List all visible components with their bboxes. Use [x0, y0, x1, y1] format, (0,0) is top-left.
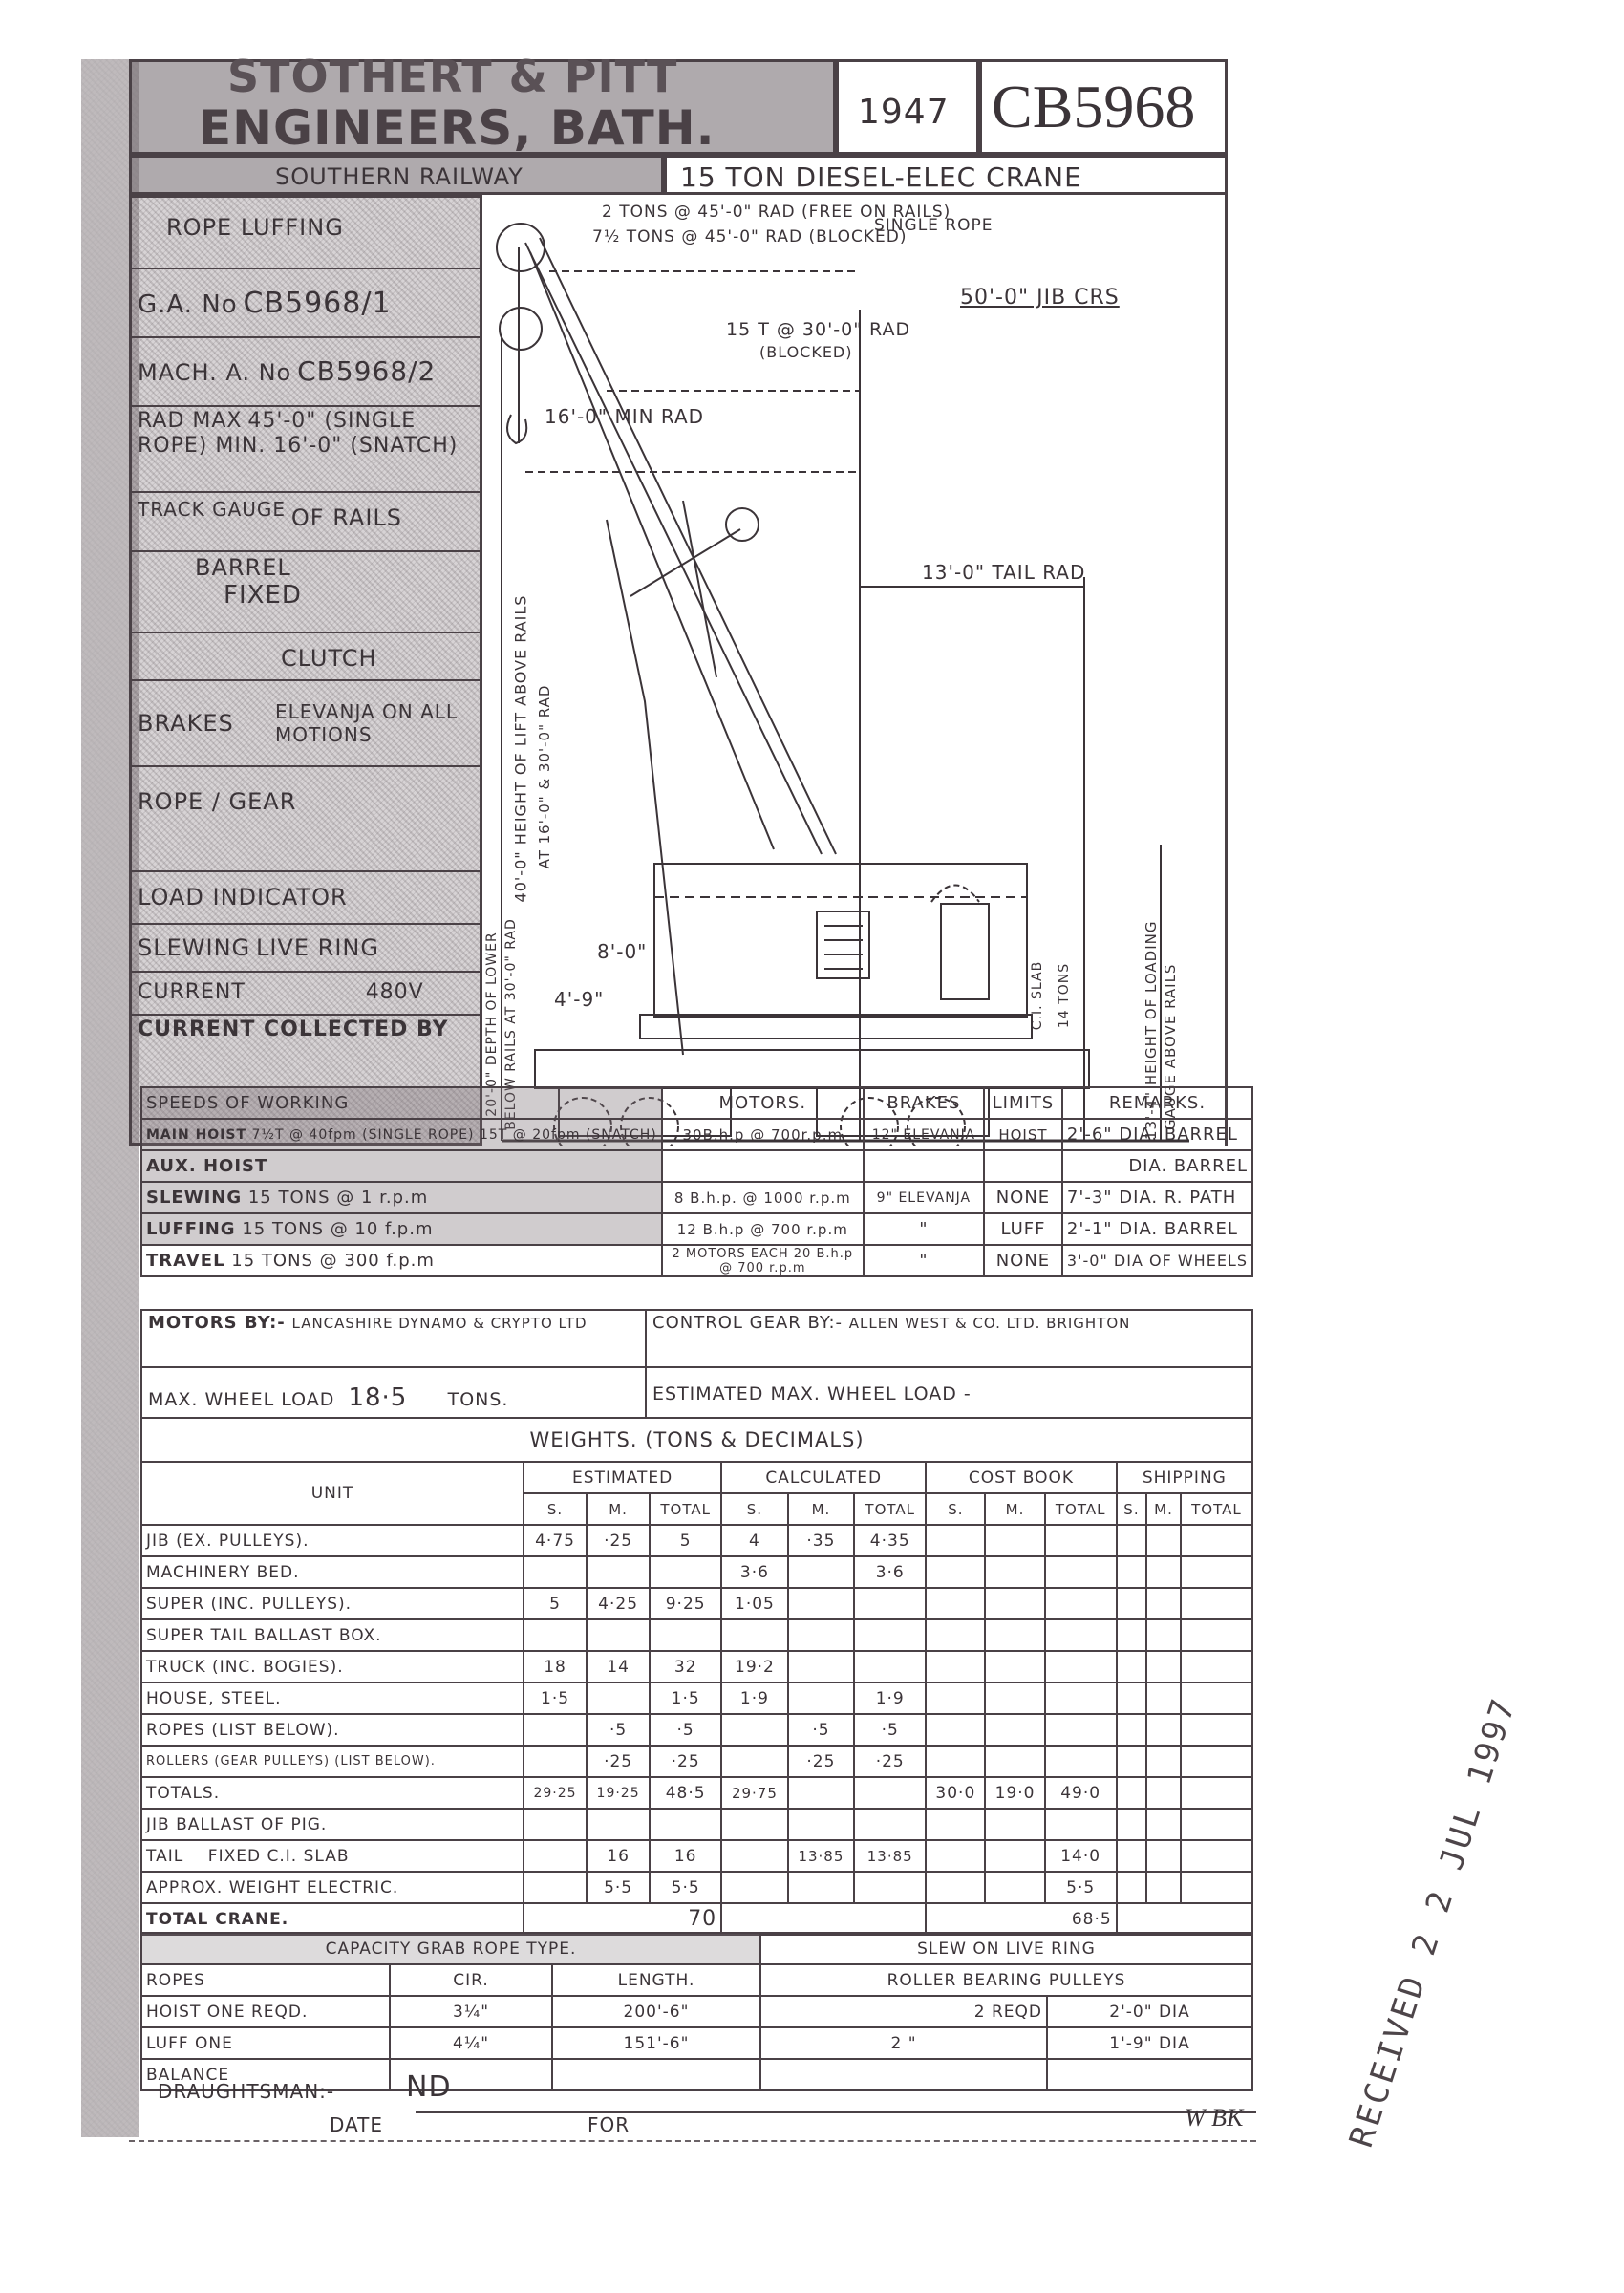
note-load-30rad: 15 T @ 30'-0" RAD [726, 319, 910, 340]
year: 1947 [858, 93, 950, 132]
weights-title: WEIGHTS. (TONS & DECIMALS) [140, 1417, 1253, 1463]
brakes-header: BRAKES [864, 1087, 984, 1119]
table-row: TOTALS.29·2519·2548·529·7530·019·049·0 [141, 1777, 1252, 1809]
group-shipping: SHIPPING [1117, 1462, 1252, 1493]
group-cost-book: COST BOOK [926, 1462, 1116, 1493]
side-spec-panel: ROPE LUFFING G.A. No CB5968/1 MACH. A. N… [129, 195, 482, 1146]
estimated-wheel-load: ESTIMATED MAX. WHEEL LOAD - [645, 1366, 1253, 1419]
spec-track-gauge: TRACK GAUGE OF RAILS [132, 493, 481, 552]
note-ci-slab: C.I. SLAB [1030, 961, 1045, 1030]
dim-8ft: 8'-0" [597, 940, 647, 963]
bottom-border [129, 2140, 1256, 2142]
customer-box: SOUTHERN RAILWAY [129, 155, 664, 195]
crane-title-box: 15 TON DIESEL-ELEC CRANE [664, 155, 1228, 195]
table-row: HOIST ONE REQD.3¼"200'-6" [141, 1996, 760, 2027]
total-crane-estimated: 70 [524, 1903, 721, 1935]
crane-title: 15 TON DIESEL-ELEC CRANE [680, 161, 1082, 193]
slew-header: SLEW ON LIVE RING [760, 1933, 1252, 1964]
table-row: TRAVEL 15 TONS @ 300 f.p.m 2 MOTORS EACH… [141, 1245, 1252, 1276]
table-row: JIB (EX. PULLEYS).4·75·2554·354·35 [141, 1525, 1252, 1556]
signature-initials: W BK [1185, 2104, 1243, 2132]
note-load-blocked: 7½ TONS @ 45'-0" RAD (BLOCKED) [592, 227, 908, 246]
group-calculated: CALCULATED [721, 1462, 926, 1493]
ropes-header-row: ROPESCIR.LENGTH. [141, 1964, 760, 1996]
table-row: LUFF ONE4¼"151'-6" [141, 2027, 760, 2059]
table-row: APPROX. WEIGHT ELECTRIC.5·55·55·5 [141, 1872, 1252, 1903]
table-row: AUX. HOIST DIA. BARREL [141, 1150, 1252, 1182]
table-row: 2 "1'-9" DIA [760, 2027, 1252, 2059]
table-row: TAIL FIXED C.I. SLAB161613·8513·8514·0 [141, 1840, 1252, 1872]
note-tail-radius: 13'-0" TAIL RAD [922, 561, 1085, 584]
spec-radius: RAD MAX 45'-0" (SINGLE ROPE) MIN. 16'-0"… [132, 407, 481, 493]
note-blocked: (BLOCKED) [759, 343, 853, 361]
ropes-table: CAPACITY GRAB ROPE TYPE. ROPESCIR.LENGTH… [140, 1932, 761, 2091]
weights-group-row: UNIT ESTIMATED CALCULATED COST BOOK SHIP… [141, 1462, 1252, 1493]
table-row: SLEWING 15 TONS @ 1 r.p.m 8 B.h.p. @ 100… [141, 1182, 1252, 1213]
spec-slewing: SLEWING LIVE RING [132, 925, 481, 973]
total-crane-cost-book: 68·5 [926, 1903, 1116, 1935]
pulleys-header: ROLLER BEARING PULLEYS [760, 1964, 1252, 1996]
limits-header: LIMITS [984, 1087, 1062, 1119]
dim-4ft9: 4'-9" [554, 988, 604, 1011]
remarks-header: REMARKS. [1062, 1087, 1252, 1119]
table-row: TRUCK (INC. BOGIES).18143219·2 [141, 1651, 1252, 1682]
spec-clutch: CLUTCH [132, 633, 481, 681]
company-line2: ENGINEERS, BATH. [199, 100, 716, 156]
table-row: MAIN HOIST 7½T @ 40fpm (SINGLE ROPE) 15T… [141, 1119, 1252, 1150]
speeds-of-working-table: SPEEDS OF WORKING MOTORS. BRAKES LIMITS … [140, 1086, 1253, 1277]
table-row: MACHINERY BED.3·63·6 [141, 1556, 1252, 1588]
control-gear-by: CONTROL GEAR BY:- ALLEN WEST & CO. LTD. … [645, 1309, 1253, 1368]
table-row: HOUSE, STEEL.1·51·51·91·9 [141, 1682, 1252, 1714]
spec-current-collected: CURRENT COLLECTED BY [132, 1016, 481, 1056]
footer-divider [416, 2111, 1256, 2113]
customer: SOUTHERN RAILWAY [275, 163, 524, 190]
weights-table: UNIT ESTIMATED CALCULATED COST BOOK SHIP… [140, 1461, 1253, 1936]
table-row: 2 REQD2'-0" DIA [760, 1996, 1252, 2027]
company-title-block: STOTHERT & PITT ENGINEERS, BATH. [129, 59, 836, 155]
speeds-header: SPEEDS OF WORKING [141, 1087, 662, 1119]
motors-by: MOTORS BY:- LANCASHIRE DYNAMO & CRYPTO L… [140, 1309, 647, 1368]
company-line1: STOTHERT & PITT [227, 51, 677, 102]
group-estimated: ESTIMATED [524, 1462, 721, 1493]
table-row: JIB BALLAST OF PIG. [141, 1809, 1252, 1840]
spec-barrel: BARRELFIXED [132, 552, 481, 633]
table-row: SUPER (INC. PULLEYS).54·259·251·05 [141, 1588, 1252, 1619]
spec-load-indicator: LOAD INDICATOR [132, 872, 481, 925]
note-min-radius: 16'-0" MIN RAD [545, 405, 704, 428]
total-crane-row: TOTAL CRANE. 70 68·5 [141, 1903, 1252, 1935]
for-label: FOR [588, 2113, 630, 2136]
table-row: SUPER TAIL BALLAST BOX. [141, 1619, 1252, 1651]
spec-mach-no: MACH. A. No CB5968/2 [132, 338, 481, 407]
table-row: LUFFING 15 TONS @ 10 f.p.m 12 B.h.p @ 70… [141, 1213, 1252, 1245]
spec-current: CURRENT 480V [132, 973, 481, 1016]
spec-ga-no: G.A. No CB5968/1 [132, 269, 481, 338]
table-row: ROPES (LIST BELOW).·5·5·5·5 [141, 1714, 1252, 1746]
note-lift-radius: AT 16'-0" & 30'-0" RAD [536, 490, 553, 1063]
drawing-number: CB5968 [992, 72, 1195, 142]
speeds-header-row: SPEEDS OF WORKING MOTORS. BRAKES LIMITS … [141, 1087, 1252, 1119]
draughtsman-label: DRAUGHTSMAN:- [158, 2080, 334, 2103]
slew-pulleys-table: SLEW ON LIVE RING ROLLER BEARING PULLEYS… [759, 1932, 1253, 2091]
drawing-sheet: STOTHERT & PITT ENGINEERS, BATH. 1947 CB… [129, 59, 1256, 2137]
max-wheel-load: MAX. WHEEL LOAD 18·5 TONS. [140, 1366, 647, 1419]
note-slab-tons: 14 TONS [1057, 963, 1072, 1028]
spec-rope-luffing: ROPE LUFFING [132, 198, 481, 269]
drawing-number-box: CB5968 [979, 59, 1228, 155]
unit-header: UNIT [141, 1462, 524, 1525]
spec-brakes: BRAKESELEVANJA ON ALL MOTIONS [132, 681, 481, 767]
spec-rope-gear: ROPE / GEAR [132, 767, 481, 872]
crane-drawing-area: 2 TONS @ 45'-0" RAD (FREE ON RAILS) 7½ T… [482, 195, 1228, 1146]
note-jib-length: 50'-0" JIB CRS [960, 286, 1120, 310]
received-stamp: RECEIVED 2 2 JUL 1997 [1342, 1692, 1524, 2152]
table-row: ROLLERS (GEAR PULLEYS) (LIST BELOW).·25·… [141, 1746, 1252, 1777]
capacity-header: CAPACITY GRAB ROPE TYPE. [141, 1933, 760, 1964]
note-single-rope: SINGLE ROPE [874, 216, 994, 235]
year-box: 1947 [836, 59, 979, 155]
draughtsman-initials: ND [406, 2070, 452, 2104]
table-row [760, 2059, 1252, 2090]
motors-header: MOTORS. [662, 1087, 864, 1119]
date-label: DATE [330, 2113, 383, 2136]
